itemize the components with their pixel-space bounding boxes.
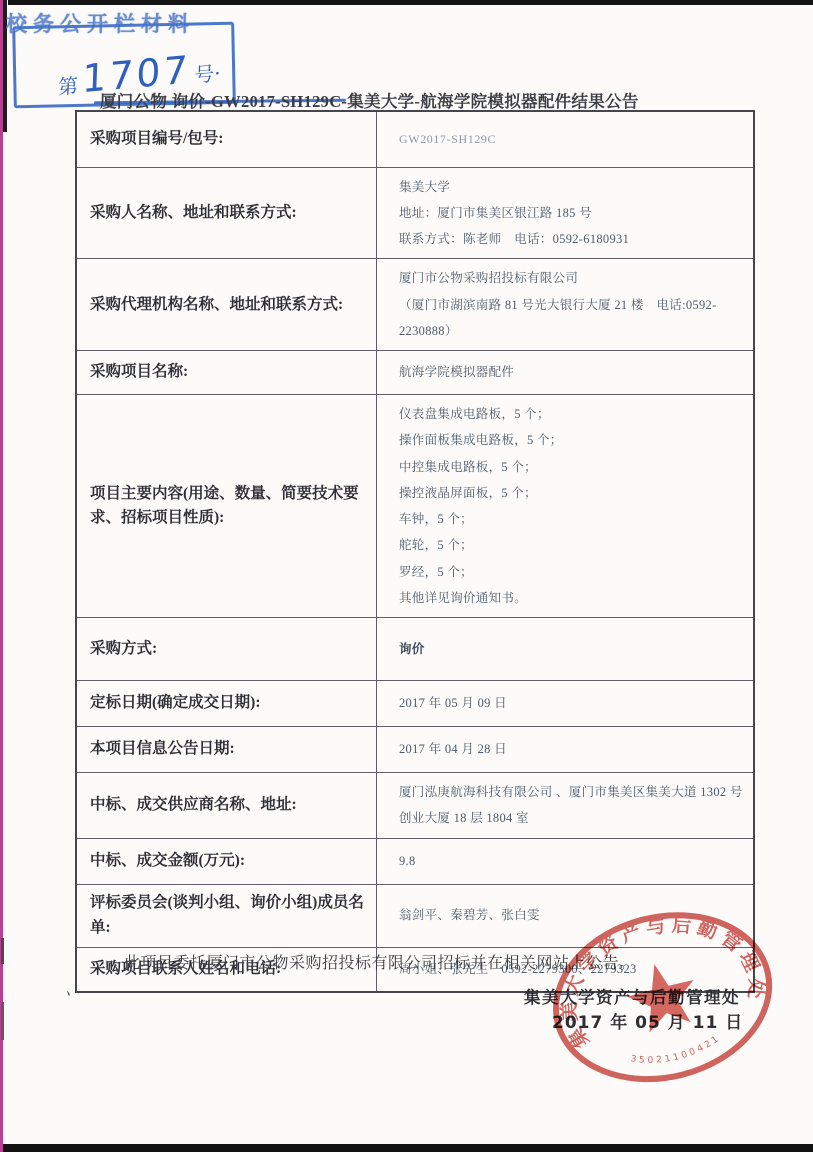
archive-stamp-text: 校务公开栏材料 — [6, 8, 210, 38]
table-row: 定标日期(确定成交日期): 2017 年 05 月 09 日 — [76, 681, 754, 727]
table-row: 采购项目编号/包号: GW2017-SH129C — [76, 111, 754, 167]
row-label: 采购人名称、地址和联系方式: — [76, 167, 377, 259]
row-value: GW2017-SH129C — [377, 111, 755, 167]
scan-edge-top — [8, 0, 813, 5]
table-row: 项目主要内容(用途、数量、简要技术要求、招标项目性质): 仪表盘集成电路板，5 … — [76, 395, 754, 618]
scan-edge-left-dark — [1, 1002, 4, 1040]
row-value: 2017 年 05 月 09 日 — [377, 681, 755, 727]
scanned-document-page: 校务公开栏材料 第 1707 号· 、 厦门公物 询价-GW2017-SH129… — [0, 0, 813, 1152]
scan-edge-left — [0, 0, 3, 1152]
procurement-result-table: 采购项目编号/包号: GW2017-SH129C 采购人名称、地址和联系方式: … — [75, 110, 755, 993]
row-label: 评标委员会(谈判小组、询价小组)成员名单: — [76, 884, 377, 947]
row-label: 中标、成交供应商名称、地址: — [76, 773, 377, 839]
row-value: 仪表盘集成电路板，5 个； 操作面板集成电路板，5 个； 中控集成电路板，5 个… — [377, 395, 755, 618]
row-value: 集美大学 地址：厦门市集美区银江路 185 号 联系方式：陈老师 电话：0592… — [377, 167, 755, 259]
table-row: 中标、成交供应商名称、地址: 厦门泓庚航海科技有限公司 、厦门市集美区集美大道 … — [76, 773, 754, 839]
row-label: 中标、成交金额(万元): — [76, 838, 377, 884]
row-value: 询价 — [377, 618, 755, 681]
row-value: 2017 年 04 月 28 日 — [377, 727, 755, 773]
row-value: 航海学院模拟器配件 — [377, 351, 755, 395]
row-label: 采购方式: — [76, 618, 377, 681]
table-row: 中标、成交金额(万元): 9.8 — [76, 838, 754, 884]
seal-star-icon — [621, 956, 703, 1036]
table-row: 采购方式: 询价 — [76, 618, 754, 681]
row-value: 厦门泓庚航海科技有限公司 、厦门市集美区集美大道 1302 号创业大厦 18 层… — [377, 773, 755, 839]
row-label: 项目主要内容(用途、数量、简要技术要求、招标项目性质): — [76, 395, 377, 618]
table-row: 采购代理机构名称、地址和联系方式: 厦门市公物采购招投标有限公司 （厦门市湖滨南… — [76, 259, 754, 351]
page-title: 厦门公物 询价-GW2017-SH129C-集美大学-航海学院模拟器配件结果公告 — [100, 88, 760, 112]
row-label: 采购项目名称: — [76, 351, 377, 395]
row-value: 厦门市公物采购招投标有限公司 （厦门市湖滨南路 81 号光大银行大厦 21 楼 … — [377, 259, 755, 351]
table-row: 采购人名称、地址和联系方式: 集美大学 地址：厦门市集美区银江路 185 号 联… — [76, 167, 754, 259]
row-value: 9.8 — [377, 838, 755, 884]
row-label: 采购代理机构名称、地址和联系方式: — [76, 259, 377, 351]
table-row: 采购项目名称: 航海学院模拟器配件 — [76, 351, 754, 395]
row-label: 定标日期(确定成交日期): — [76, 681, 377, 727]
archive-number-prefix: 第 — [58, 73, 79, 99]
row-label: 采购项目编号/包号: — [76, 111, 377, 167]
archive-number-suffix: 号· — [194, 61, 221, 87]
scan-edge-bottom — [0, 1144, 813, 1152]
table-row: 本项目信息公告日期: 2017 年 04 月 28 日 — [76, 727, 754, 773]
scan-edge-left-dark — [1, 938, 4, 964]
row-label: 本项目信息公告日期: — [76, 727, 377, 773]
